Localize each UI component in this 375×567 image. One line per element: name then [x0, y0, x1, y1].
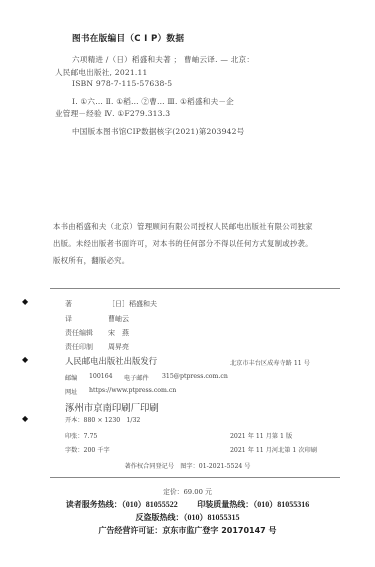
- print-sheets: 印张：7.75: [65, 431, 97, 440]
- copyright-line-1: 本书由稻盛和夫（北京）管理顾问有限公司授权人民邮电出版社有限公司独家: [53, 221, 313, 232]
- divider-bottom: [50, 477, 340, 478]
- cip-verification: 中国版本图书馆CIP数据核字(2021)第203942号: [72, 126, 244, 137]
- impression-info: 2021 年 11 月河北第 1 次印刷: [230, 445, 317, 454]
- copyright-line-3: 版权所有，翻版必究。: [53, 255, 129, 266]
- postcode-value: 100164: [89, 373, 113, 380]
- postcode-label: 邮编: [65, 373, 77, 382]
- quality-hotline-number: （010）81055316: [253, 500, 309, 509]
- quality-hotline-label: 印装质量热线：: [197, 500, 253, 509]
- hotline-row-1: 读者服务热线：（010）81055522 印装质量热线：（010）8105531…: [0, 499, 375, 510]
- ad-license: 广告经营许可证：京东市监广登字 20170147 号: [0, 525, 375, 536]
- publisher-name: 人民邮电出版社出版发行: [65, 355, 157, 367]
- translator-label: 译: [65, 314, 72, 324]
- printing-supervisor-label: 责任印制: [65, 342, 93, 352]
- editor-value: 宋 燕: [108, 328, 129, 338]
- printing-supervisor-value: 周昇亮: [108, 342, 129, 352]
- bullet-icon: ◆: [22, 297, 28, 306]
- piracy-hotline-number: （010）81055315: [184, 513, 240, 522]
- translator-value: 曹岫云: [108, 314, 129, 324]
- email-value[interactable]: 315@ptpress.com.cn: [162, 373, 228, 380]
- cip-line-1: 六项精进 /（日）稻盛和夫著 ； 曹岫云译. — 北京：: [72, 54, 254, 65]
- price: 定价：69.00 元: [0, 486, 375, 496]
- book-format: 开本：880 × 1230 1/32: [65, 415, 140, 424]
- website-label: 网址: [65, 387, 77, 396]
- website-link[interactable]: https://www.ptpress.com.cn: [89, 387, 176, 394]
- copyright-line-2: 出版。未经出版者书面许可，对本书的任何部分不得以任何方式复制或抄袭。: [53, 238, 313, 249]
- bullet-icon: ◆: [22, 355, 28, 364]
- bullet-icon: ◆: [22, 414, 28, 423]
- publisher-address: 北京市丰台区成寿寺路 11 号: [230, 358, 310, 367]
- email-label: 电子邮件: [124, 373, 149, 382]
- author-label: 著: [65, 299, 72, 309]
- author-value: ［日］稻盛和夫: [108, 299, 157, 309]
- cip-class-line-1: Ⅰ. ①六… Ⅱ. ①稻… ②曹… Ⅲ. ①稻盛和夫－企: [72, 96, 234, 107]
- cip-line-2: 人民邮电出版社, 2021.11: [55, 67, 148, 78]
- word-count: 字数：200 千字: [65, 445, 110, 454]
- reader-hotline-label: 读者服务热线：: [66, 500, 122, 509]
- piracy-hotline-label: 反盗版热线：: [136, 513, 184, 522]
- divider-top: [50, 288, 340, 289]
- printer-name: 涿州市京南印刷厂印刷: [65, 400, 159, 414]
- copyright-contract-number: 著作权合同登记号 图字：01-2021-5524 号: [0, 461, 375, 470]
- cip-class-line-2: 业管理－经验 Ⅳ. ①F279.313.3: [55, 108, 170, 119]
- edition-info: 2021 年 11 月第 1 版: [230, 431, 292, 440]
- cip-title: 图书在版编目（C I P）数据: [72, 32, 184, 44]
- reader-hotline-number: （010）81055522: [122, 500, 178, 509]
- editor-label: 责任编辑: [65, 328, 93, 338]
- cip-isbn: ISBN 978-7-115-57638-5: [72, 79, 172, 88]
- hotline-row-2: 反盗版热线：（010）81055315: [0, 512, 375, 523]
